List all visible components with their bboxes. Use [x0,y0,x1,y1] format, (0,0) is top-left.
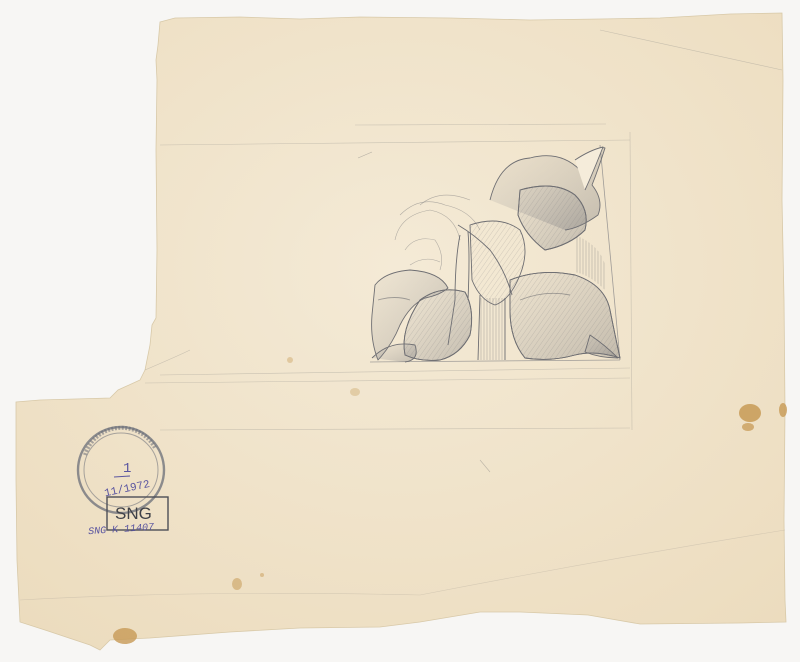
stamp-number: 1 [123,461,131,477]
scanned-artwork: 1 11/1972 SNG SNG K 11407 [0,0,800,662]
sng-box-text: SNG [115,504,152,523]
paper-sheet [16,13,786,650]
artwork-canvas: 1 11/1972 SNG SNG K 11407 [0,0,800,662]
